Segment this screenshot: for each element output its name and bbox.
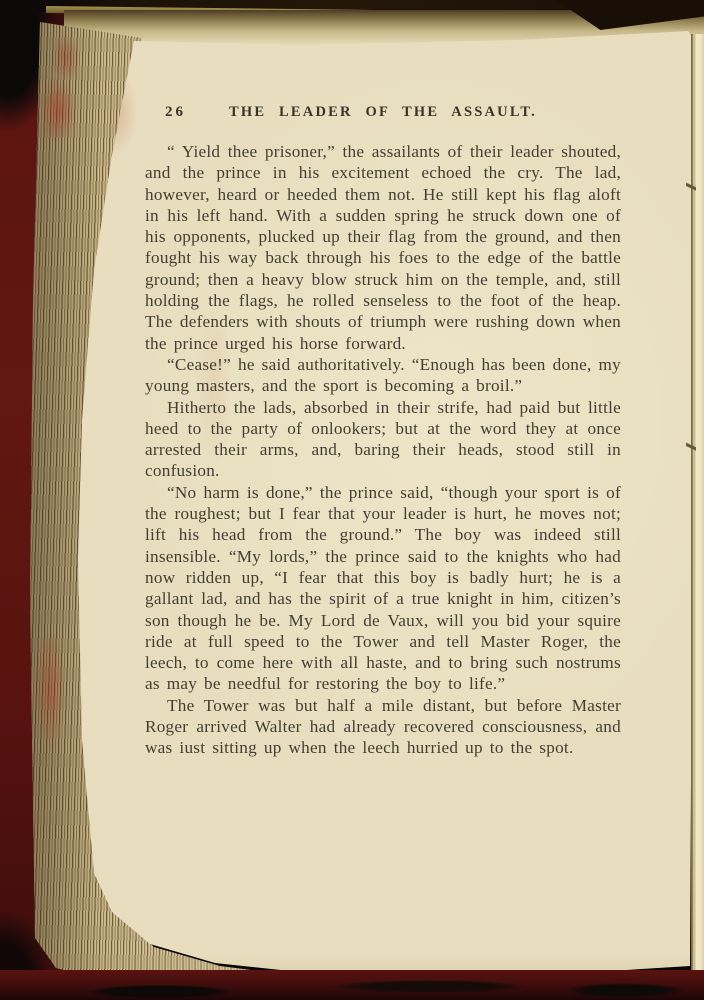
running-header: THE LEADER OF THE ASSAULT. [229,104,537,120]
paragraph: The Tower was but half a mile distant, b… [145,695,621,759]
book-cover-bottom [0,970,704,1000]
page-fore-edge [691,34,704,974]
page-edge-notch [686,440,696,454]
scanned-book-photo: 26 THE LEADER OF THE ASSAULT. “ Yield th… [0,0,704,1000]
paragraph: “ Yield thee prisoner,” the assailants o… [145,141,621,354]
paragraph: “Cease!” he said authoritatively. “Enoug… [145,354,621,397]
page-edge-notch [686,180,696,194]
paragraph: Hitherto the lads, absorbed in their str… [145,397,621,482]
body-text: “ Yield thee prisoner,” the assailants o… [145,141,621,759]
paragraph: “No harm is done,” the prince said, “tho… [145,482,621,695]
page-header: 26 THE LEADER OF THE ASSAULT. [145,103,621,123]
page-number: 26 [165,104,186,121]
